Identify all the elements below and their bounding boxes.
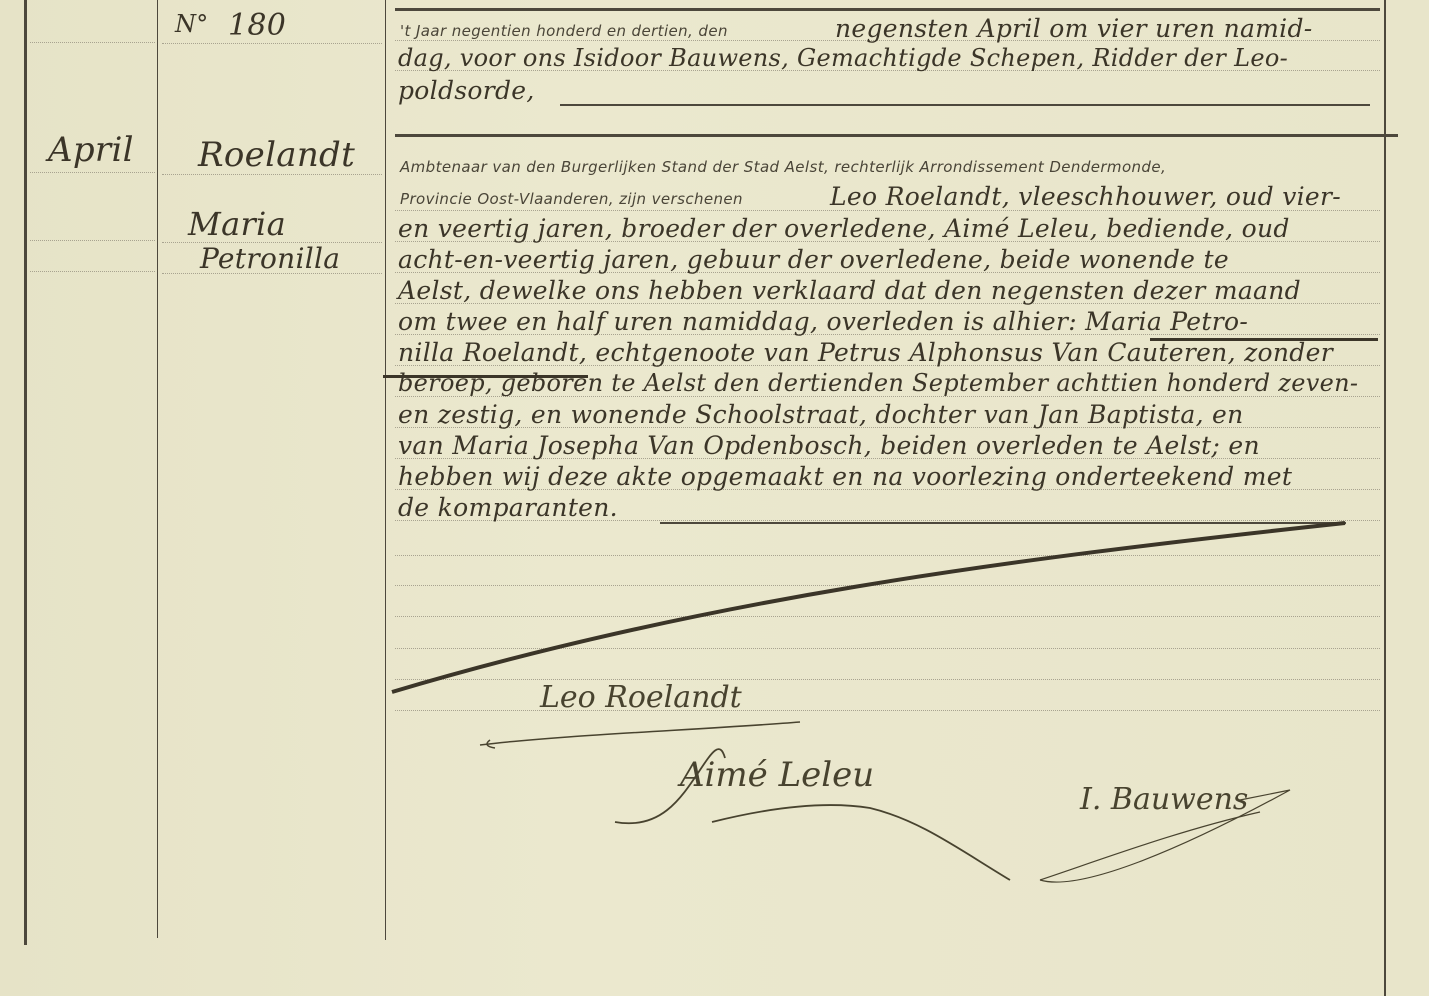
witness-signature: Aimé Leleu xyxy=(680,755,874,795)
declarant-signature: Leo Roelandt xyxy=(540,680,742,715)
signature-strokes xyxy=(0,0,1429,996)
officer-signature: I. Bauwens xyxy=(1080,782,1248,817)
register-page: N° 180 April Roelandt Maria Petronilla '… xyxy=(0,0,1429,996)
